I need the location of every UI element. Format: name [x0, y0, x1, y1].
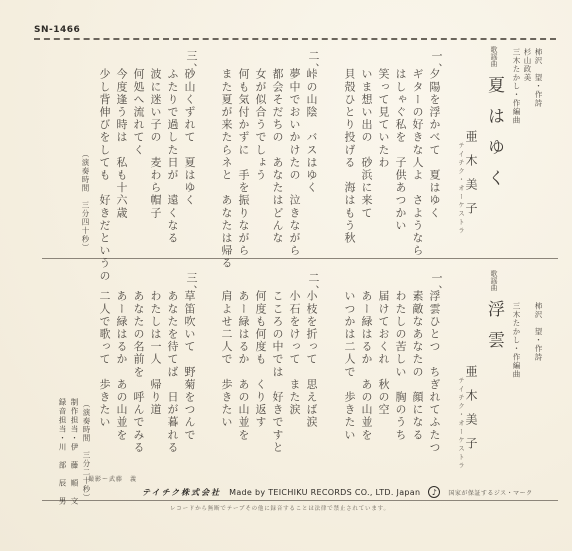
song2-genre: 歌謡曲	[490, 270, 497, 291]
jis-mark-icon: ♪	[428, 486, 440, 498]
song1-verse2-line1: 峠の山陰 バスはゆく	[306, 68, 317, 194]
song1-verse3-line6: 少し背伸びをしても 好きだというの	[99, 68, 110, 282]
song1-genre: 歌謡曲	[490, 46, 497, 67]
song1-lyricist: 柿沢 望・作詩	[535, 48, 543, 108]
song1-verse2-line2: 夢中でおいかけたの 泣きながら	[289, 68, 300, 257]
song2-verse3-line3: わたしは一人 帰り道	[150, 290, 161, 416]
song2-verse2-line3: こころの中では 好きですと	[272, 290, 283, 454]
song1-verse1-line4: 笑って見ていたわ	[378, 68, 389, 169]
song1-verse3-line3: 波に迷い子の 麦わら帽子	[150, 68, 161, 219]
footer: テイチク株式会社 Made by TEICHIKU RECORDS CO., L…	[142, 486, 562, 498]
song1-orchestra: テイチク・オーケストラ	[458, 142, 465, 236]
song1-verse1-line5: いま想い出の 砂浜に来て	[361, 68, 372, 219]
song2-verse2-line4: 何度も何度も くり返す	[255, 290, 266, 429]
jis-mark-text: 国家が保証するジス・マーク	[448, 488, 532, 497]
song1-verse1-line1: 夕陽を浮かべて 夏はゆく	[429, 68, 440, 219]
song2-duration: （演奏時間 三分二十秒）	[83, 400, 91, 502]
footer-divider	[42, 500, 558, 501]
song2-verse2-line6: 肩よせ二人で 歩きたい	[221, 290, 232, 429]
song2-verse1-line2: 素敵なあなたの 顔になる	[412, 290, 423, 441]
song1-lyricist2: 杉山政美	[524, 48, 532, 82]
song2-verse1-line1: 浮雲ひとつ ちぎれてふたつ	[429, 290, 440, 454]
maker-logo-jp: テイチク株式会社	[142, 487, 221, 498]
song1-title: 夏はゆく	[485, 76, 502, 200]
song2-verse3-line1: 草笛吹いて 野菊をつんで	[184, 290, 195, 441]
song2-verse1-line3: わたしの苦しい 胸のうち	[395, 290, 406, 441]
song1-verse3-line4: 何処へ流れてく	[133, 68, 144, 156]
copyright-notice: レコードから無断でテープその他に録音することは法律で禁止されています。	[170, 504, 390, 512]
song1-verse3-line5: 今度逢う時は 私も十六歳	[116, 68, 127, 219]
photo-credit: 撮影ー武藤 義	[88, 474, 137, 483]
top-dashed-divider	[34, 38, 556, 40]
song1-verse1-line3: はしゃぐ私を 子供あつかい	[395, 68, 406, 232]
song2-verse2-line1: 小枝を折って 思えば涙	[306, 290, 317, 429]
song2-verse1-line4: 届けておくれ 秋の空	[378, 290, 389, 416]
song2-verse1-line6: いつかは二人で 歩きたい	[344, 290, 355, 441]
song1-verse1-line2: ギターの好きな人よ さようなら	[412, 68, 423, 257]
catalog-number: SN-1466	[34, 25, 80, 35]
song2-orchestra: テイチク・オーケストラ	[458, 377, 465, 471]
song1-verse1-line6: 貝殻ひとり投げる 海はもう秋	[344, 68, 355, 244]
maker-name-en: Made by TEICHIKU RECORDS CO., LTD. Japan	[229, 488, 420, 497]
song2-lyricist: 柿沢 望・作詩	[535, 302, 543, 362]
song2-verse2-line2: 小石をけって また涙	[289, 290, 300, 416]
song2-singer: 亜木美子	[465, 365, 477, 461]
song1-verse3-line1: 砂山くずれて 夏はゆく	[184, 68, 195, 207]
song2-verse3-line6: 二人で歌って 歩きたい	[99, 290, 110, 429]
song2-verse3-line4: あなたの名前を 呼んでみる	[133, 290, 144, 454]
song1-verse2-line6: また夏が来たらネと あなたは帰る	[221, 68, 232, 270]
song1-verse2-line3: 都会そだちの あなたはどんな	[272, 68, 283, 244]
production-credit: 制作担当・伊 藤 順 文	[71, 398, 79, 506]
recording-credit: 録音担当・川 部 辰 男	[59, 398, 67, 506]
song2-verse3-line2: あなたを待てば 日が暮れる	[167, 290, 178, 454]
song2-title: 浮雲	[485, 300, 502, 362]
song1-composer: 三木たかし・作編曲	[513, 48, 521, 125]
song2-verse3-line5: あー緑はるか あの山並を	[116, 290, 127, 441]
middle-divider	[42, 258, 558, 259]
song1-singer: 亜木美子	[465, 130, 477, 226]
song2-verse2-line5: あー緑はるか あの山並を	[238, 290, 249, 441]
song1-duration: （演奏時間 三分四十秒）	[82, 150, 90, 252]
song1-verse2-line5: 何も気付かずに 手を振りながら	[238, 68, 249, 257]
song1-verse2-line4: 女が似合うでしょう	[255, 68, 266, 181]
song1-verse3-line2: ふたりで過した日が 遠くなる	[167, 68, 178, 244]
song2-verse1-line5: あー緑はるか あの山並を	[361, 290, 372, 441]
song2-composer: 三木たかし・作編曲	[513, 302, 521, 379]
